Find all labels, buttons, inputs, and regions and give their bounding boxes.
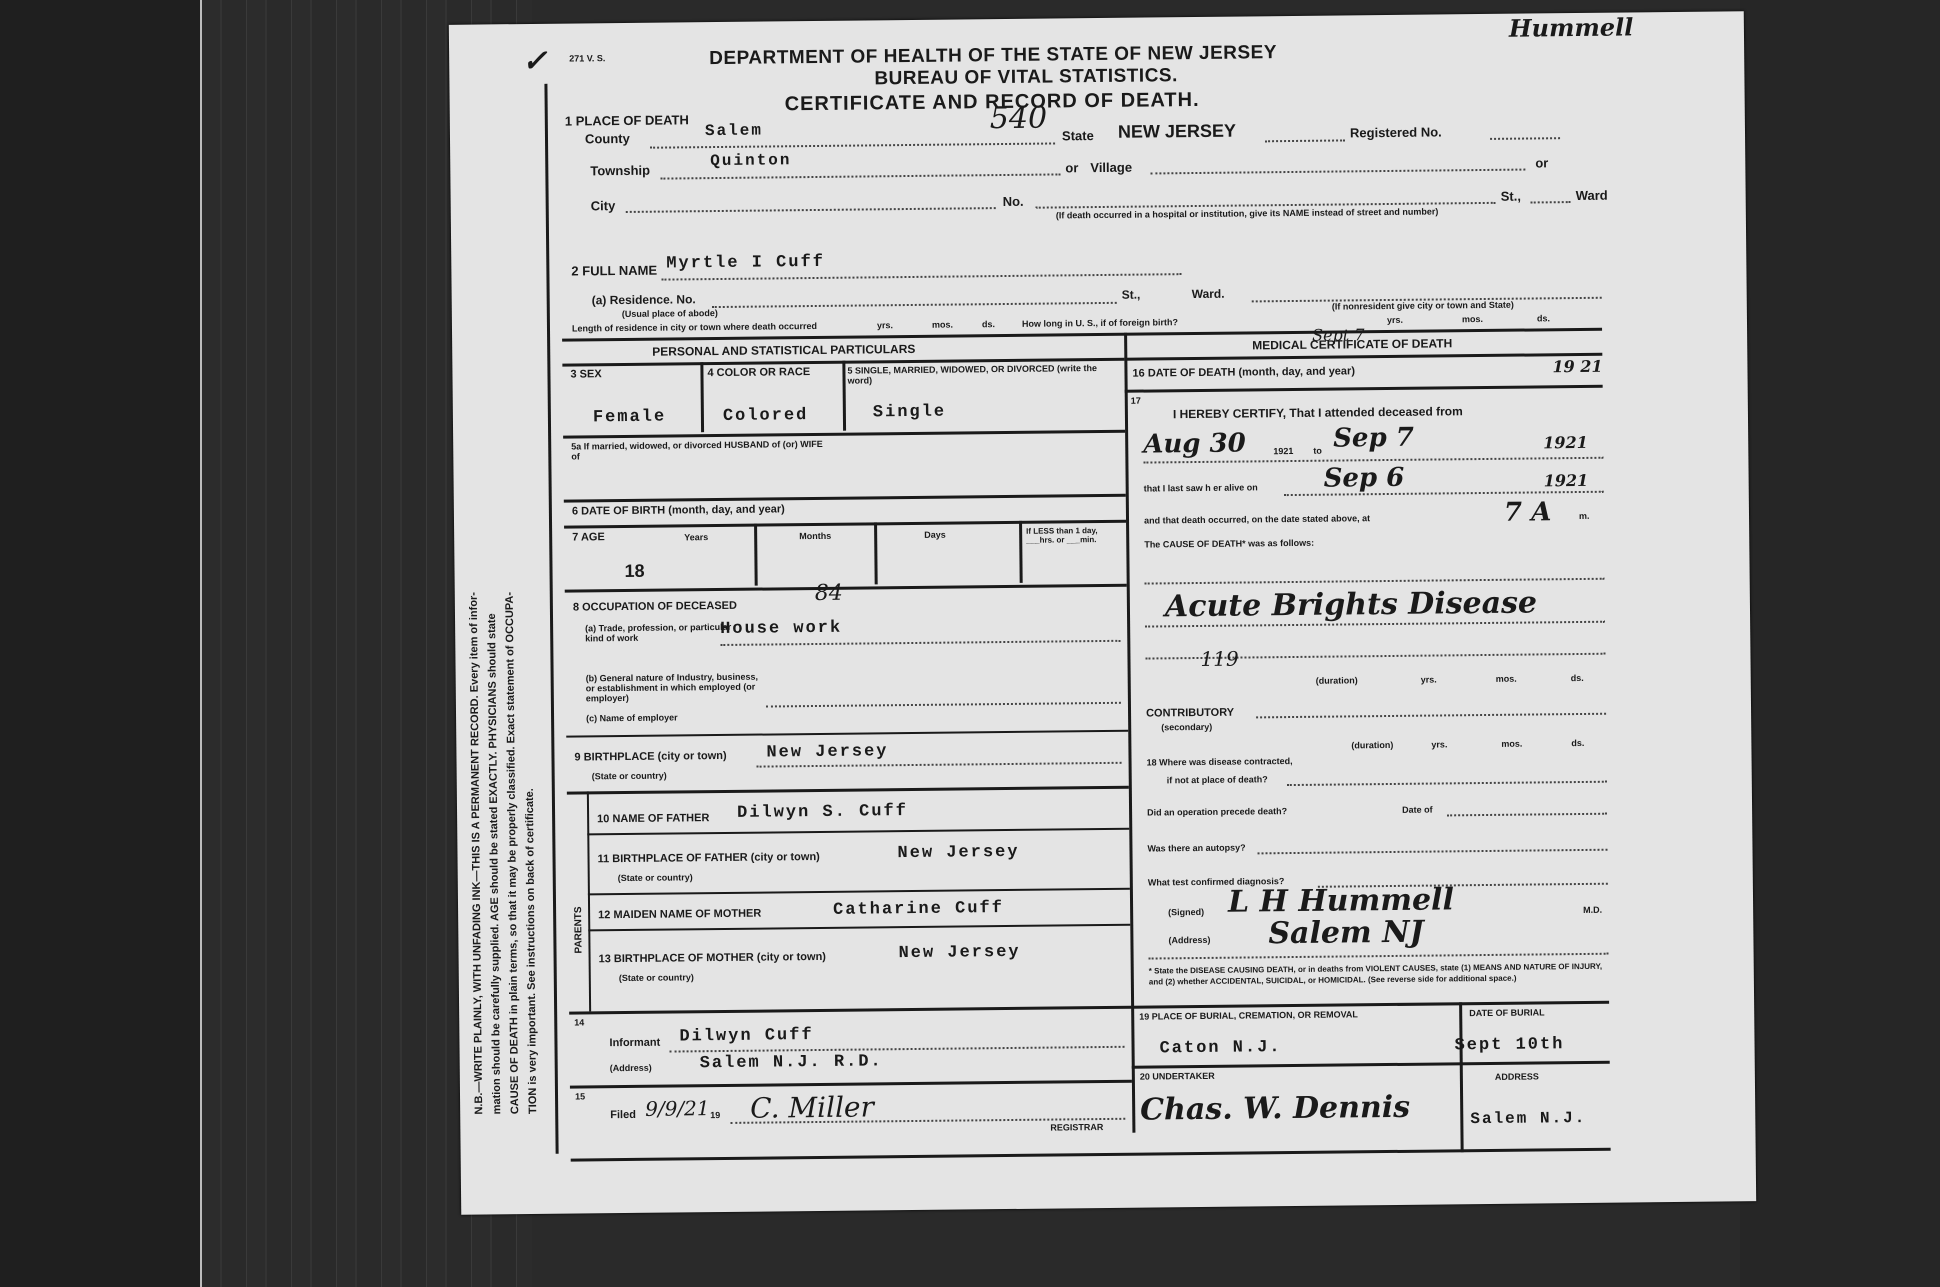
sex-value: Female xyxy=(593,408,666,428)
township-label: Township xyxy=(590,163,650,179)
form-number: 271 V. S. xyxy=(569,53,605,63)
physician-address: Salem NJ xyxy=(1268,915,1424,952)
bureau-heading: BUREAU OF VITAL STATISTICS. xyxy=(874,65,1178,90)
date-of-death-year: 19 21 xyxy=(1552,357,1602,377)
place-of-death-label: 1 PLACE OF DEATH xyxy=(565,112,689,128)
filed-date-value: 9/9/21 xyxy=(645,1096,710,1121)
township-value: Quinton xyxy=(710,151,791,170)
undertaker-address-value: Salem N.J. xyxy=(1470,1109,1586,1128)
margin-instructions: N.B.—WRITE PLAINLY, WITH UNFADING INK—TH… xyxy=(459,74,542,1115)
burial-date-value: Sept 10th xyxy=(1454,1035,1564,1055)
mother-name-value: Catharine Cuff xyxy=(833,899,1004,920)
parents-label: PARENTS xyxy=(569,853,588,953)
father-name-value: Dilwyn S. Cuff xyxy=(737,802,908,823)
column-divider xyxy=(1124,333,1135,1133)
registrar-signature: C. Miller xyxy=(750,1090,874,1124)
county-value: Salem xyxy=(705,122,763,141)
attended-from-value: Aug 30 xyxy=(1143,428,1246,459)
death-time-value: 7 A xyxy=(1504,497,1552,527)
state-value: NEW JERSEY xyxy=(1118,121,1236,143)
form-bottom-border xyxy=(571,1148,1611,1162)
personal-section-title: PERSONAL AND STATISTICAL PARTICULARS xyxy=(652,342,915,359)
handwritten-number: 540 xyxy=(990,101,1048,137)
mother-birthplace-value: New Jersey xyxy=(898,943,1020,963)
top-right-annotation: Hummell xyxy=(1509,12,1634,42)
last-saw-value: Sep 6 xyxy=(1323,463,1404,494)
full-name-value: Myrtle I Cuff xyxy=(666,253,825,274)
film-background-left xyxy=(0,0,200,1287)
date-of-death-label: 16 DATE OF DEATH (month, day, and year) xyxy=(1132,365,1355,379)
date-annotation: Sept 7 xyxy=(1312,325,1365,345)
registered-no-label: Registered No. xyxy=(1350,124,1442,140)
cause-footnote: * State the DISEASE CAUSING DEATH, or in… xyxy=(1149,961,1609,988)
attended-to-value: Sep 7 xyxy=(1333,423,1414,454)
occupation-value: House work xyxy=(720,619,842,639)
informant-value: Dilwyn Cuff xyxy=(679,1026,813,1046)
cause-of-death-value: Acute Brights Disease xyxy=(1165,585,1537,624)
burial-place-value: Caton N.J. xyxy=(1159,1038,1281,1058)
village-label: Village xyxy=(1090,160,1132,175)
marital-value: Single xyxy=(873,403,946,423)
margin-rule xyxy=(544,84,558,1154)
full-name-label: 2 FULL NAME xyxy=(571,263,657,279)
informant-address-value: Salem N.J. R.D. xyxy=(700,1052,883,1073)
film-background-right xyxy=(1740,0,1940,1287)
death-certificate: ✓ Hummell N.B.—WRITE PLAINLY, WITH UNFAD… xyxy=(449,11,1756,1214)
father-birthplace-value: New Jersey xyxy=(897,843,1019,863)
county-label: County xyxy=(585,131,630,146)
undertaker-signature: Chas. W. Dennis xyxy=(1140,1090,1410,1128)
occupation-annotation: 84 xyxy=(815,581,843,606)
age-years-value: 18 xyxy=(624,561,644,582)
department-heading: DEPARTMENT OF HEALTH OF THE STATE OF NEW… xyxy=(709,42,1277,70)
race-value: Colored xyxy=(723,406,809,426)
city-label: City xyxy=(591,198,616,213)
state-label: State xyxy=(1062,128,1094,143)
birthplace-value: New Jersey xyxy=(766,742,888,762)
cause-annotation: 119 xyxy=(1200,647,1238,671)
dob-label: 6 DATE OF BIRTH (month, day, and year) xyxy=(572,503,785,517)
